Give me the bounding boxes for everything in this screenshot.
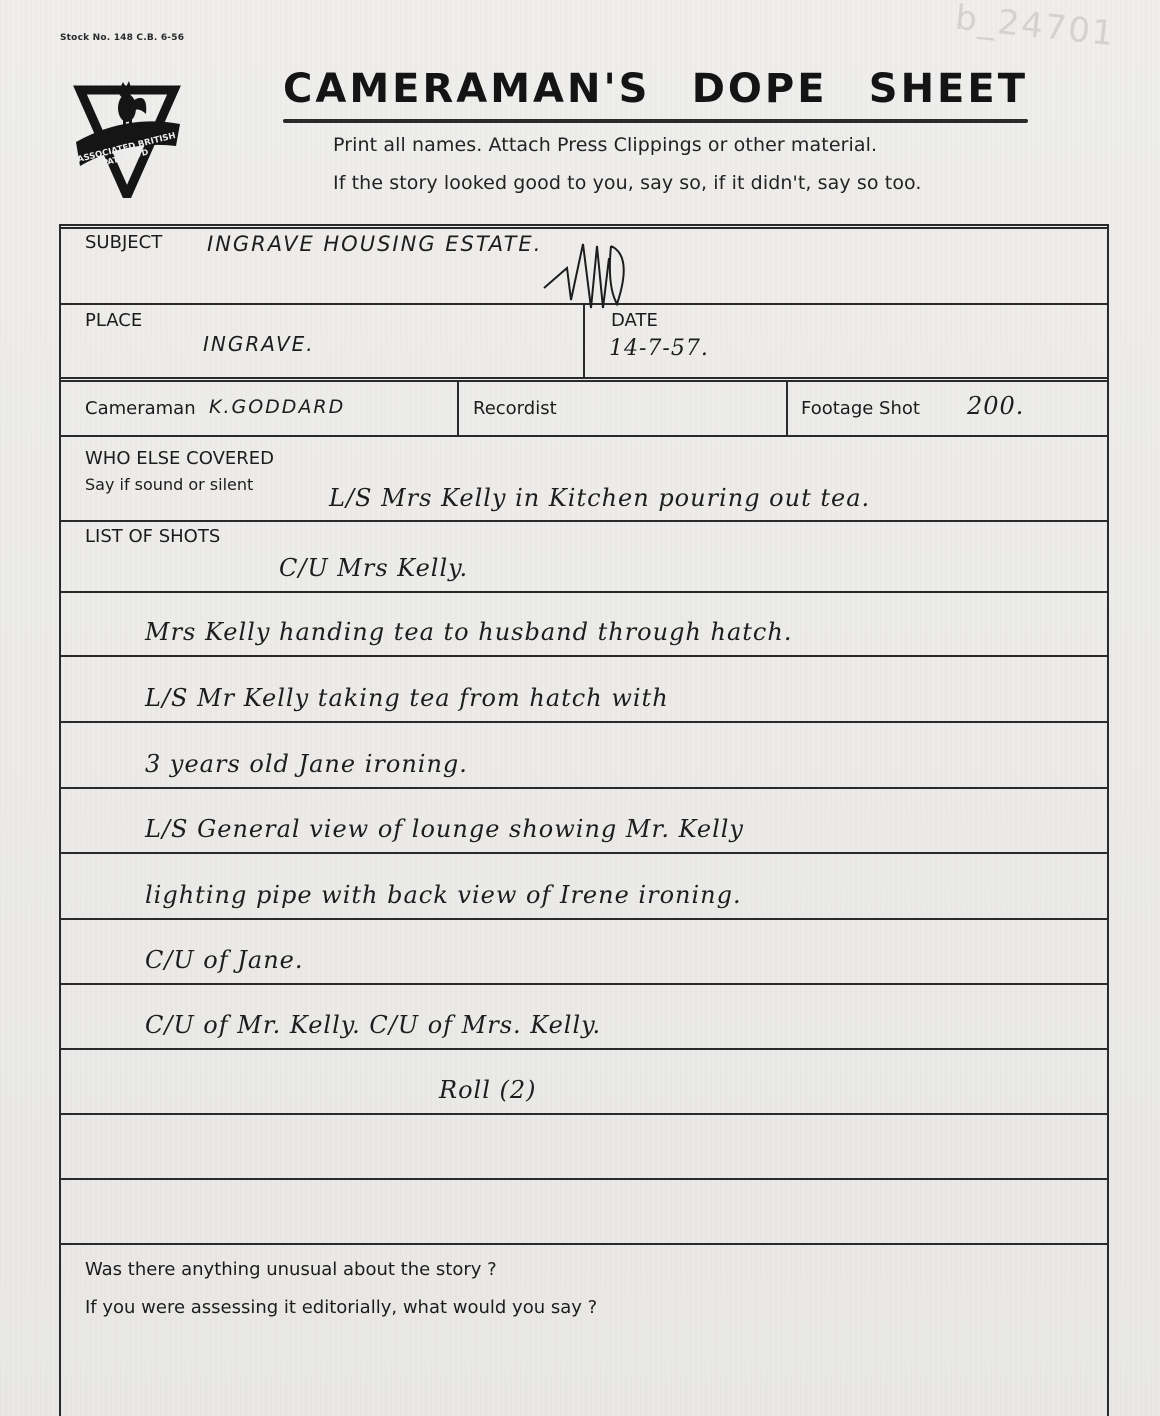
who-else-covered-field[interactable]: L/S Mrs Kelly in Kitchen pouring out tea…	[329, 484, 870, 512]
title-underline	[283, 119, 1028, 123]
divider	[61, 983, 1107, 985]
shot-line[interactable]: 3 years old Jane ironing.	[145, 750, 468, 778]
divider	[61, 655, 1107, 657]
roll-number[interactable]: Roll (2)	[439, 1076, 537, 1104]
cameraman-recordist-divider	[457, 382, 459, 436]
cameraman-label: Cameraman	[85, 398, 196, 419]
divider	[61, 435, 1107, 437]
instruction-line: Print all names. Attach Press Clippings …	[333, 134, 877, 156]
who-else-covered-label: WHO ELSE COVERED	[85, 448, 274, 469]
recordist-label: Recordist	[473, 398, 557, 419]
shot-line[interactable]: C/U of Jane.	[145, 946, 303, 974]
divider	[61, 1178, 1107, 1180]
unusual-question: Was there anything unusual about the sto…	[85, 1259, 497, 1280]
shot-line[interactable]: C/U of Mr. Kelly. C/U of Mrs. Kelly.	[145, 1011, 601, 1039]
stock-number: Stock No. 148 C.B. 6-56	[60, 33, 184, 43]
shot-line[interactable]: Mrs Kelly handing tea to husband through…	[145, 618, 792, 646]
footage-shot-field[interactable]: 200.	[967, 392, 1024, 420]
divider	[61, 852, 1107, 854]
page-title: CAMERAMAN'S DOPE SHEET	[283, 66, 1028, 112]
instruction-line: If the story looked good to you, say so,…	[333, 172, 922, 194]
title-word: DOPE	[692, 66, 828, 112]
sound-or-silent-label: Say if sound or silent	[85, 475, 253, 494]
divider	[61, 1243, 1107, 1245]
date-field[interactable]: 14-7-57.	[609, 336, 709, 361]
pathe-cockerel-logo-icon: ASSOCIATED BRITISH PATHE LTD	[72, 78, 182, 198]
recordist-footage-divider	[786, 382, 788, 436]
shot-line[interactable]: L/S General view of lounge showing Mr. K…	[145, 815, 744, 843]
divider	[61, 520, 1107, 522]
dope-sheet-form: SUBJECT INGRAVE HOUSING ESTATE. PLACE IN…	[59, 224, 1109, 1416]
place-field[interactable]: INGRAVE.	[203, 332, 315, 356]
place-label: PLACE	[85, 310, 142, 331]
shot-line[interactable]: C/U Mrs Kelly.	[279, 554, 468, 582]
divider	[61, 918, 1107, 920]
cameraman-field[interactable]: K.GODDARD	[209, 396, 345, 418]
divider	[61, 787, 1107, 789]
title-word: SHEET	[869, 66, 1028, 112]
initials-scribble-icon	[539, 238, 739, 318]
list-of-shots-label: LIST OF SHOTS	[85, 526, 220, 547]
editorial-question: If you were assessing it editorially, wh…	[85, 1297, 597, 1318]
footage-shot-label: Footage Shot	[801, 398, 920, 419]
divider	[61, 1113, 1107, 1115]
date-label: DATE	[611, 310, 658, 331]
archive-reference-stamp: b_24701	[953, 0, 1117, 54]
shot-line[interactable]: L/S Mr Kelly taking tea from hatch with	[145, 684, 669, 712]
dope-sheet-page: Stock No. 148 C.B. 6-56 b_24701 ASSOCIAT…	[0, 0, 1160, 1416]
form-top-rule	[61, 224, 1107, 229]
divider	[61, 591, 1107, 593]
subject-label: SUBJECT	[85, 232, 162, 253]
divider	[61, 1048, 1107, 1050]
title-word: CAMERAMAN'S	[283, 66, 651, 112]
shot-line[interactable]: lighting pipe with back view of Irene ir…	[145, 881, 742, 909]
subject-field[interactable]: INGRAVE HOUSING ESTATE.	[207, 232, 542, 256]
divider	[61, 721, 1107, 723]
